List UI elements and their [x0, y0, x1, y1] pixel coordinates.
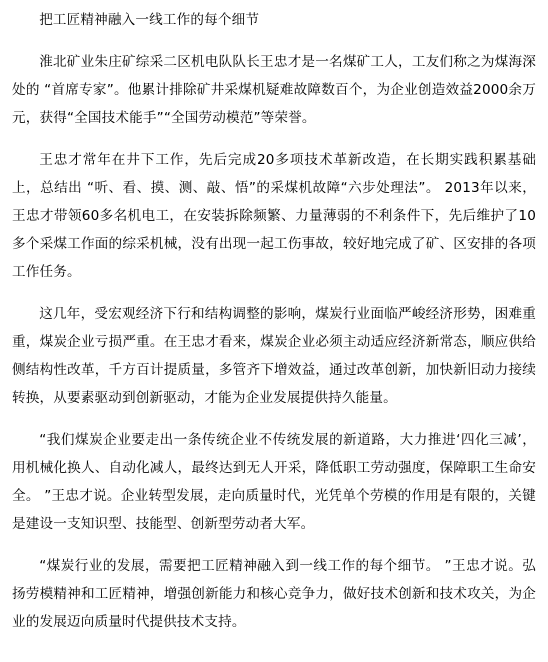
paragraph-5: “煤炭行业的发展，需要把工匠精神融入到一线工作的每个细节。 ”王忠才说。弘扬劳模… — [12, 552, 536, 636]
article-title: 把工匠精神融入一线工作的每个细节 — [12, 6, 536, 34]
paragraph-2: 王忠才常年在井下工作，先后完成20多项技术革新改造，在长期实践积累基础上，总结出… — [12, 146, 536, 286]
article-body: 把工匠精神融入一线工作的每个细节 淮北矿业朱庄矿综采二区机电队队长王忠才是一名煤… — [0, 0, 548, 636]
paragraph-4: “我们煤炭企业要走出一条传统企业不传统发展的新道路，大力推进‘四化三减’，用机械… — [12, 426, 536, 538]
paragraph-1: 淮北矿业朱庄矿综采二区机电队队长王忠才是一名煤矿工人，工友们称之为煤海深处的 “… — [12, 48, 536, 132]
paragraph-3: 这几年，受宏观经济下行和结构调整的影响，煤炭行业面临严峻经济形势，困难重重，煤炭… — [12, 300, 536, 412]
